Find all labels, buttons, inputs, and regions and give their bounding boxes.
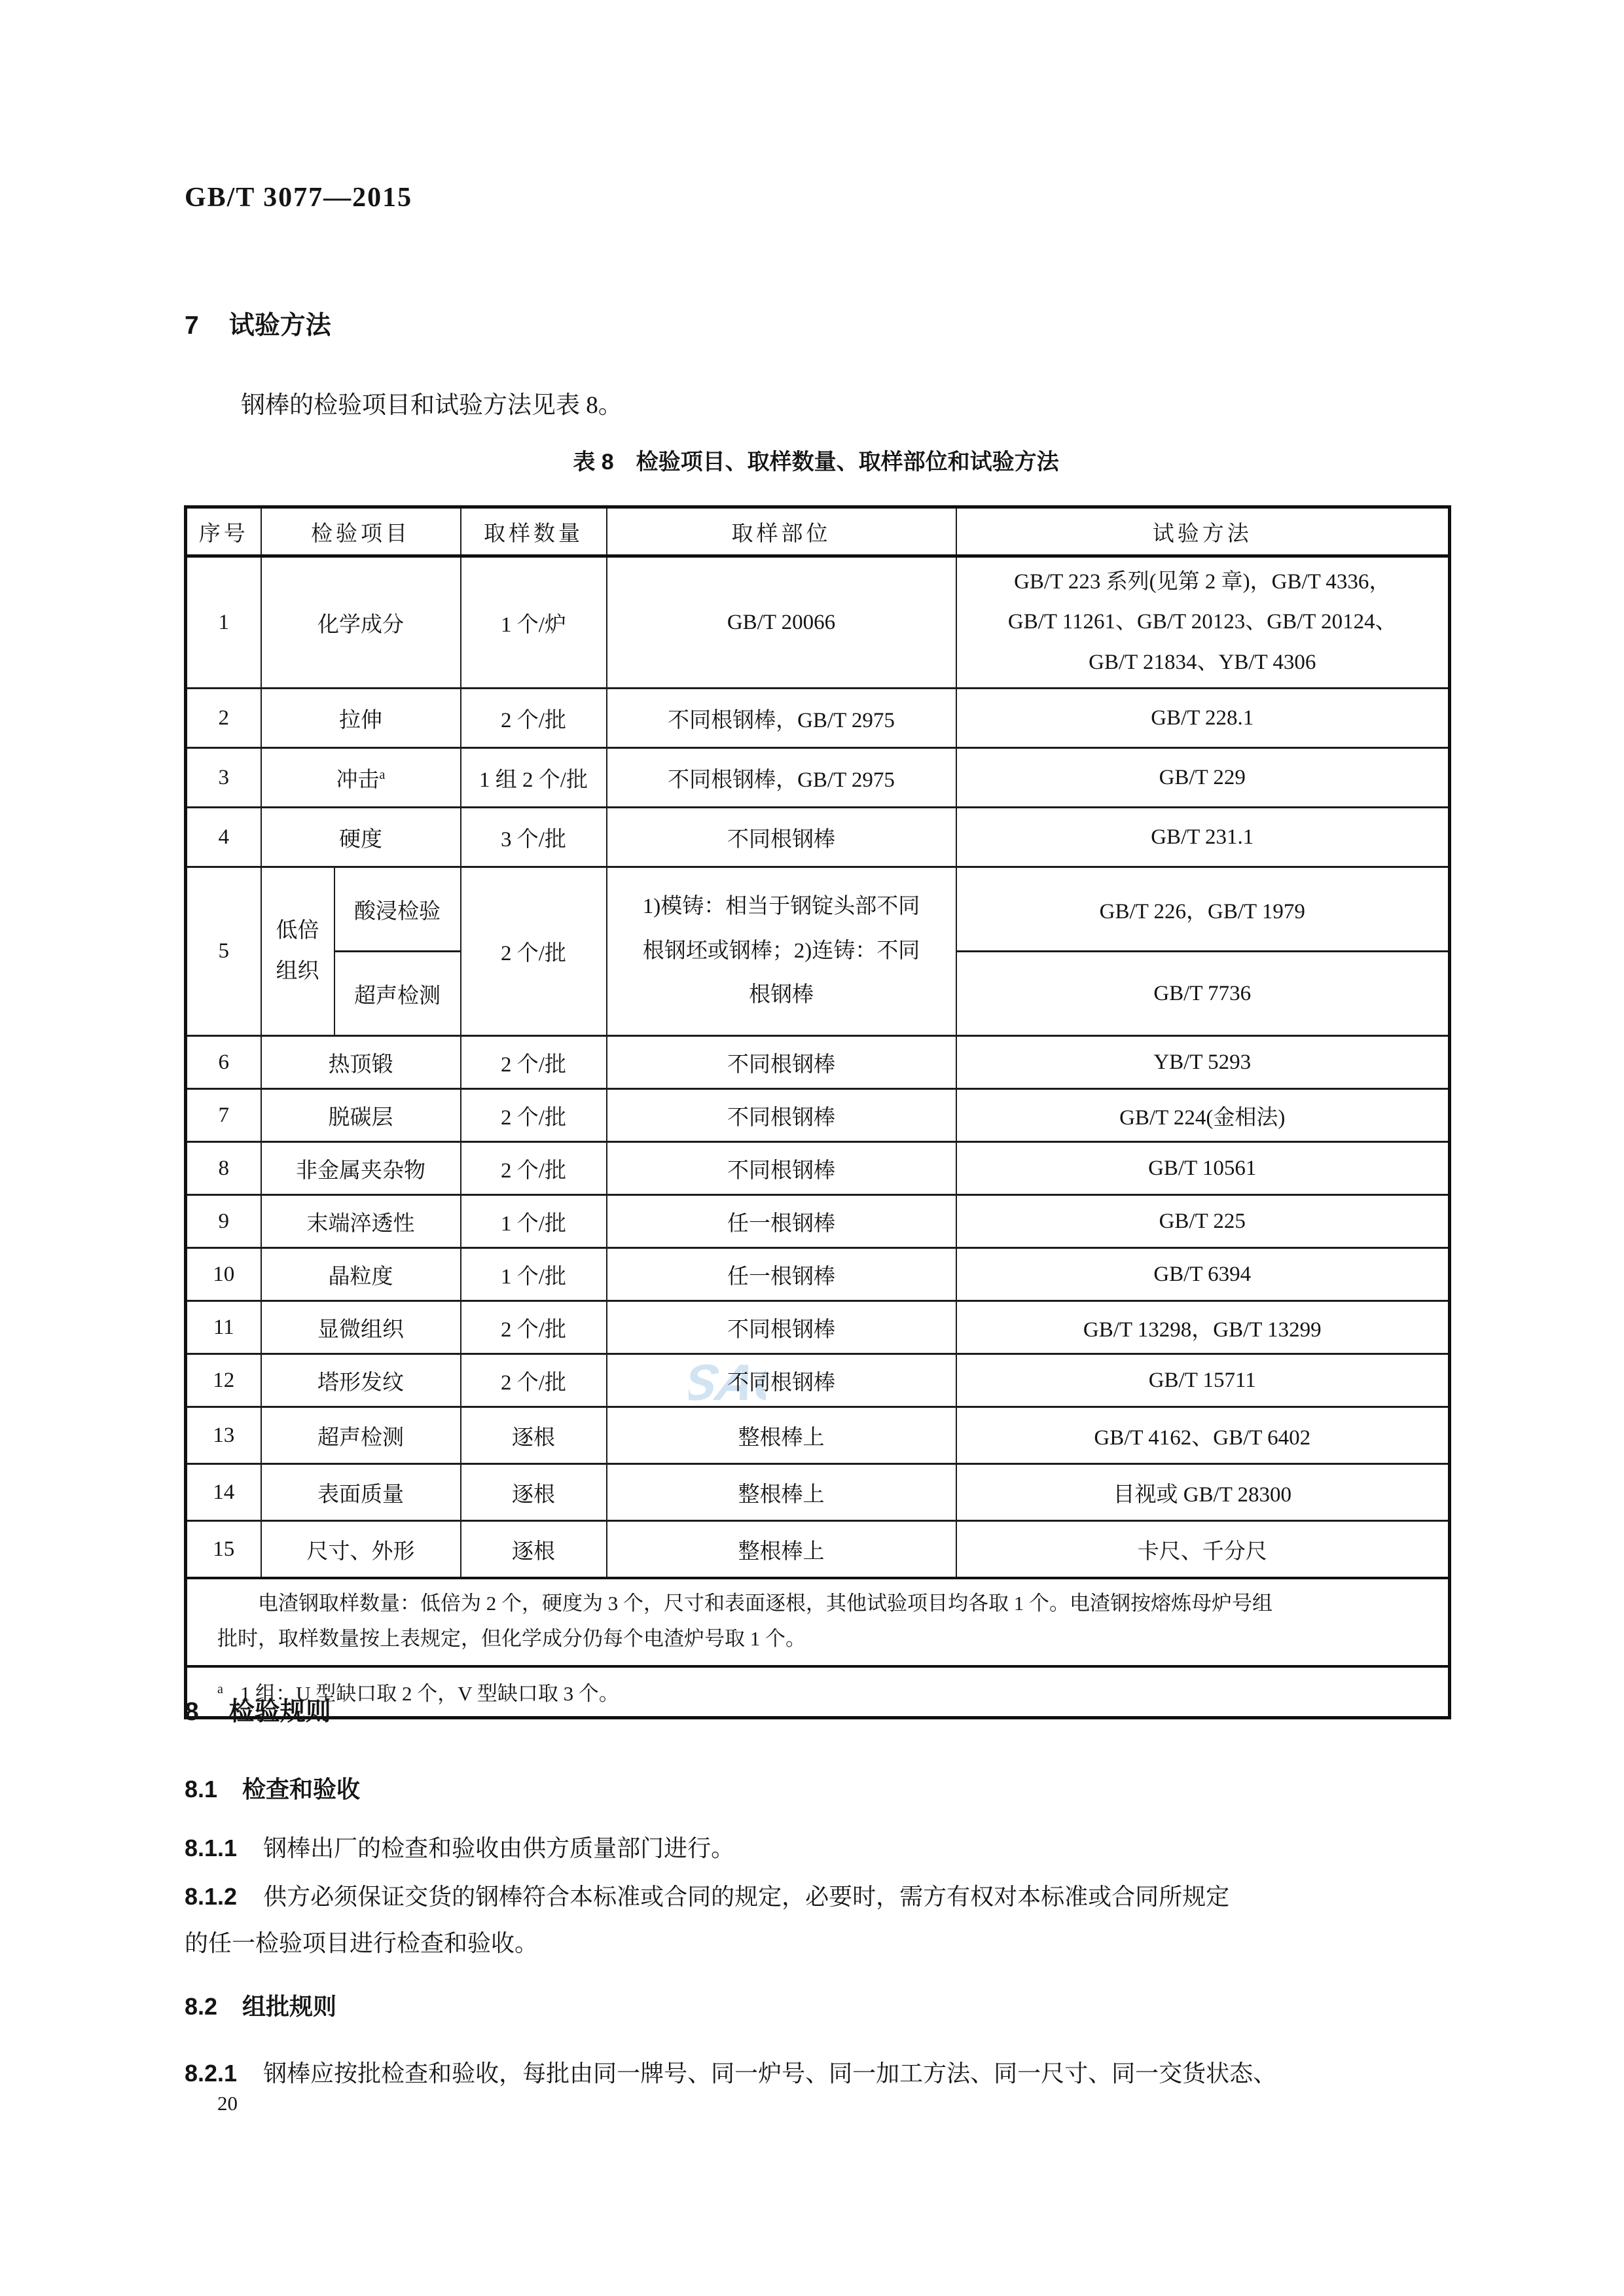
item-sub-acid-etch: 酸浸检验 xyxy=(334,867,461,952)
sampling-qty: 1 个/炉 xyxy=(461,556,607,689)
test-method: GB/T 15711 xyxy=(956,1354,1450,1407)
table-row: 13 超声检测 逐根 整根棒上 GB/T 4162、GB/T 6402 xyxy=(186,1407,1450,1464)
sampling-loc: 不同根钢棒 xyxy=(607,1354,956,1407)
sampling-loc: 任一根钢棒 xyxy=(607,1195,956,1248)
header-loc: 取样部位 xyxy=(607,507,956,556)
row-no: 13 xyxy=(186,1407,261,1464)
test-method: GB/T 10561 xyxy=(956,1142,1450,1195)
test-method: GB/T 223 系列(见第 2 章)，GB/T 4336， GB/T 1126… xyxy=(956,556,1450,689)
table-footnote-a-row: a1 组：U 型缺口取 2 个，V 型缺口取 3 个。 xyxy=(186,1666,1450,1718)
table-row: 9 末端淬透性 1 个/批 任一根钢棒 GB/T 225 xyxy=(186,1195,1450,1248)
inspection-item: 非金属夹杂物 xyxy=(261,1142,461,1195)
clause-8-1-2-line2: 的任一检验项目进行检查和验收。 xyxy=(185,1926,1449,1962)
table-8-caption-text: 检验项目、取样数量、取样部位和试验方法 xyxy=(636,450,1059,475)
inspection-item: 显微组织 xyxy=(261,1301,461,1354)
sampling-qty: 2 个/批 xyxy=(461,1142,607,1195)
sampling-qty: 1 个/批 xyxy=(461,1195,607,1248)
test-method: GB/T 13298，GB/T 13299 xyxy=(956,1301,1450,1354)
section-7-number: 7 xyxy=(185,312,199,340)
row-no: 14 xyxy=(186,1464,261,1521)
row-no: 11 xyxy=(186,1301,261,1354)
clause-8-2-1: 8.2.1钢棒应按批检查和验收，每批由同一牌号、同一炉号、同一加工方法、同一尺寸… xyxy=(185,2055,1449,2092)
clause-8-1-2-line1: 8.1.2供方必须保证交货的钢棒符合本标准或合同的规定，必要时，需方有权对本标准… xyxy=(185,1878,1449,1916)
sampling-loc: 不同根钢棒 xyxy=(607,1089,956,1142)
table-row: 10 晶粒度 1 个/批 任一根钢棒 GB/T 6394 xyxy=(186,1248,1450,1301)
row-no: 10 xyxy=(186,1248,261,1301)
row-no: 3 xyxy=(186,748,261,808)
sampling-qty: 2 个/批 xyxy=(461,1036,607,1089)
row-no: 15 xyxy=(186,1521,261,1579)
test-method: GB/T 224(金相法) xyxy=(956,1089,1450,1142)
table-row-5-acid: 5 低倍 组织 酸浸检验 2 个/批 1)模铸：相当于钢锭头部不同 根钢坯或钢棒… xyxy=(186,867,1450,952)
inspection-item: 晶粒度 xyxy=(261,1248,461,1301)
item-text: 硬度 xyxy=(339,828,382,852)
clause-8-1-1-text: 钢棒出厂的检查和验收由供方质量部门进行。 xyxy=(263,1835,734,1861)
test-method: YB/T 5293 xyxy=(956,1036,1450,1089)
section-8-1-title: 检查和验收 xyxy=(242,1776,360,1803)
sampling-loc: 不同根钢棒，GB/T 2975 xyxy=(607,748,956,808)
item-footnote-mark: a xyxy=(380,768,386,782)
clause-8-1-1: 8.1.1钢棒出厂的检查和验收由供方质量部门进行。 xyxy=(185,1830,1449,1867)
header-no: 序号 xyxy=(186,507,261,556)
sampling-loc: 整根棒上 xyxy=(607,1407,956,1464)
inspection-item: 化学成分 xyxy=(261,556,461,689)
clause-8-2-1-number: 8.2.1 xyxy=(185,2060,237,2087)
sampling-qty: 逐根 xyxy=(461,1407,607,1464)
section-8-number: 8 xyxy=(185,1698,199,1726)
test-method: GB/T 228.1 xyxy=(956,689,1450,748)
sampling-qty: 2 个/批 xyxy=(461,1354,607,1407)
test-method: 目视或 GB/T 28300 xyxy=(956,1464,1450,1521)
clause-8-2-1-text: 钢棒应按批检查和验收，每批由同一牌号、同一炉号、同一加工方法、同一尺寸、同一交货… xyxy=(263,2060,1276,2087)
section-8-2-number: 8.2 xyxy=(185,1993,217,2020)
section-8-1-heading: 8.1检查和验收 xyxy=(185,1771,360,1804)
standard-code: GB/T 3077—2015 xyxy=(185,182,412,213)
sampling-qty: 3 个/批 xyxy=(461,808,607,867)
table-row: 1 化学成分 1 个/炉 GB/T 20066 GB/T 223 系列(见第 2… xyxy=(186,556,1450,689)
sampling-qty: 2 个/批 xyxy=(461,1301,607,1354)
inspection-item: 冲击a xyxy=(261,748,461,808)
section-7-intro: 钢棒的检验项目和试验方法见表 8。 xyxy=(241,385,623,420)
sampling-qty: 逐根 xyxy=(461,1464,607,1521)
sampling-qty: 2 个/批 xyxy=(461,689,607,748)
test-method: GB/T 225 xyxy=(956,1195,1450,1248)
table-footnote-a: a1 组：U 型缺口取 2 个，V 型缺口取 3 个。 xyxy=(217,1677,1418,1706)
table-8-caption-label: 表 8 xyxy=(573,450,613,475)
table-row: 11 显微组织 2 个/批 不同根钢棒 GB/T 13298，GB/T 1329… xyxy=(186,1301,1450,1354)
inspection-item: 表面质量 xyxy=(261,1464,461,1521)
clause-8-1-2-text-line2: 的任一检验项目进行检查和验收。 xyxy=(185,1930,538,1956)
test-method: GB/T 4162、GB/T 6402 xyxy=(956,1407,1450,1464)
table-row: 15 尺寸、外形 逐根 整根棒上 卡尺、千分尺 xyxy=(186,1521,1450,1579)
inspection-item: 拉伸 xyxy=(261,689,461,748)
inspection-item: 脱碳层 xyxy=(261,1089,461,1142)
item-text: 拉伸 xyxy=(339,709,382,732)
section-8-title: 检验规则 xyxy=(229,1698,331,1726)
row-no: 4 xyxy=(186,808,261,867)
inspection-item: 超声检测 xyxy=(261,1407,461,1464)
item-text: 化学成分 xyxy=(317,613,404,637)
row-no: 9 xyxy=(186,1195,261,1248)
section-7-title: 试验方法 xyxy=(229,312,331,340)
test-method: GB/T 7736 xyxy=(956,952,1450,1036)
table-row: 7 脱碳层 2 个/批 不同根钢棒 GB/T 224(金相法) xyxy=(186,1089,1450,1142)
row-no: 2 xyxy=(186,689,261,748)
row-no: 1 xyxy=(186,556,261,689)
test-method: GB/T 229 xyxy=(956,748,1450,808)
sampling-loc: GB/T 20066 xyxy=(607,556,956,689)
clause-8-1-2-number: 8.1.2 xyxy=(185,1883,237,1910)
sampling-loc: 任一根钢棒 xyxy=(607,1248,956,1301)
table-footnote-a-cell: a1 组：U 型缺口取 2 个，V 型缺口取 3 个。 xyxy=(186,1666,1450,1718)
clause-8-1-2-text-line1: 供方必须保证交货的钢棒符合本标准或合同的规定，必要时，需方有权对本标准或合同所规… xyxy=(263,1884,1229,1910)
table-row: 12 塔形发纹 2 个/批 不同根钢棒 GB/T 15711 xyxy=(186,1354,1450,1407)
page-number: 20 xyxy=(217,2092,238,2115)
header-method: 试验方法 xyxy=(956,507,1450,556)
inspection-item: 硬度 xyxy=(261,808,461,867)
item-text: 冲击 xyxy=(336,768,380,792)
table-row: 3 冲击a 1 组 2 个/批 不同根钢棒，GB/T 2975 GB/T 229 xyxy=(186,748,1450,808)
sampling-qty: 1 个/批 xyxy=(461,1248,607,1301)
test-method: GB/T 6394 xyxy=(956,1248,1450,1301)
table-8: 序号 检验项目 取样数量 取样部位 试验方法 1 化学成分 1 个/炉 GB/T… xyxy=(184,505,1451,1719)
sampling-qty: 逐根 xyxy=(461,1521,607,1579)
sampling-qty: 2 个/批 xyxy=(461,867,607,1036)
row-no: 8 xyxy=(186,1142,261,1195)
header-qty: 取样数量 xyxy=(461,507,607,556)
row-no: 12 xyxy=(186,1354,261,1407)
sampling-loc: 不同根钢棒 xyxy=(607,1301,956,1354)
inspection-item: 末端淬透性 xyxy=(261,1195,461,1248)
table-note-cell: 电渣钢取样数量：低倍为 2 个，硬度为 3 个，尺寸和表面逐根，其他试验项目均各… xyxy=(186,1578,1450,1666)
sampling-loc: 1)模铸：相当于钢锭头部不同 根钢坯或钢棒；2)连铸：不同 根钢棒 xyxy=(607,867,956,1036)
sampling-qty: 1 组 2 个/批 xyxy=(461,748,607,808)
inspection-item: 热顶锻 xyxy=(261,1036,461,1089)
row-no: 6 xyxy=(186,1036,261,1089)
sampling-loc: 整根棒上 xyxy=(607,1521,956,1579)
row-no: 7 xyxy=(186,1089,261,1142)
table-note-row: 电渣钢取样数量：低倍为 2 个，硬度为 3 个，尺寸和表面逐根，其他试验项目均各… xyxy=(186,1578,1450,1666)
sampling-loc: 整根棒上 xyxy=(607,1464,956,1521)
item-group-macrostructure: 低倍 组织 xyxy=(261,867,334,1036)
sampling-qty: 2 个/批 xyxy=(461,1089,607,1142)
sampling-loc: 不同根钢棒，GB/T 2975 xyxy=(607,689,956,748)
section-8-2-heading: 8.2组批规则 xyxy=(185,1988,336,2022)
test-method: 卡尺、千分尺 xyxy=(956,1521,1450,1579)
sampling-loc: 不同根钢棒 xyxy=(607,1036,956,1089)
section-8-1-number: 8.1 xyxy=(185,1776,217,1803)
section-8-2-title: 组批规则 xyxy=(242,1993,336,2020)
test-method: GB/T 226，GB/T 1979 xyxy=(956,867,1450,952)
table-note-text: 电渣钢取样数量：低倍为 2 个，硬度为 3 个，尺寸和表面逐根，其他试验项目均各… xyxy=(217,1586,1418,1657)
item-sub-ultrasonic: 超声检测 xyxy=(334,952,461,1036)
table-8-caption: 表 8检验项目、取样数量、取样部位和试验方法 xyxy=(184,444,1448,476)
sampling-loc: 不同根钢棒 xyxy=(607,808,956,867)
header-item: 检验项目 xyxy=(261,507,461,556)
table-row: 4 硬度 3 个/批 不同根钢棒 GB/T 231.1 xyxy=(186,808,1450,867)
section-7-heading: 7试验方法 xyxy=(185,305,331,342)
table-row: 6 热顶锻 2 个/批 不同根钢棒 YB/T 5293 xyxy=(186,1036,1450,1089)
table-row: 2 拉伸 2 个/批 不同根钢棒，GB/T 2975 GB/T 228.1 xyxy=(186,689,1450,748)
table-row: 8 非金属夹杂物 2 个/批 不同根钢棒 GB/T 10561 xyxy=(186,1142,1450,1195)
inspection-item: 塔形发纹 xyxy=(261,1354,461,1407)
inspection-item: 尺寸、外形 xyxy=(261,1521,461,1579)
section-8-heading: 8检验规则 xyxy=(185,1691,331,1728)
test-method: GB/T 231.1 xyxy=(956,808,1450,867)
clause-8-1-1-number: 8.1.1 xyxy=(185,1835,237,1861)
table-row: 14 表面质量 逐根 整根棒上 目视或 GB/T 28300 xyxy=(186,1464,1450,1521)
table-header-row: 序号 检验项目 取样数量 取样部位 试验方法 xyxy=(186,507,1450,556)
sampling-loc: 不同根钢棒 xyxy=(607,1142,956,1195)
document-page: GB/T 3077—2015 7试验方法 钢棒的检验项目和试验方法见表 8。 表… xyxy=(0,0,1624,2296)
row-no: 5 xyxy=(186,867,261,1036)
